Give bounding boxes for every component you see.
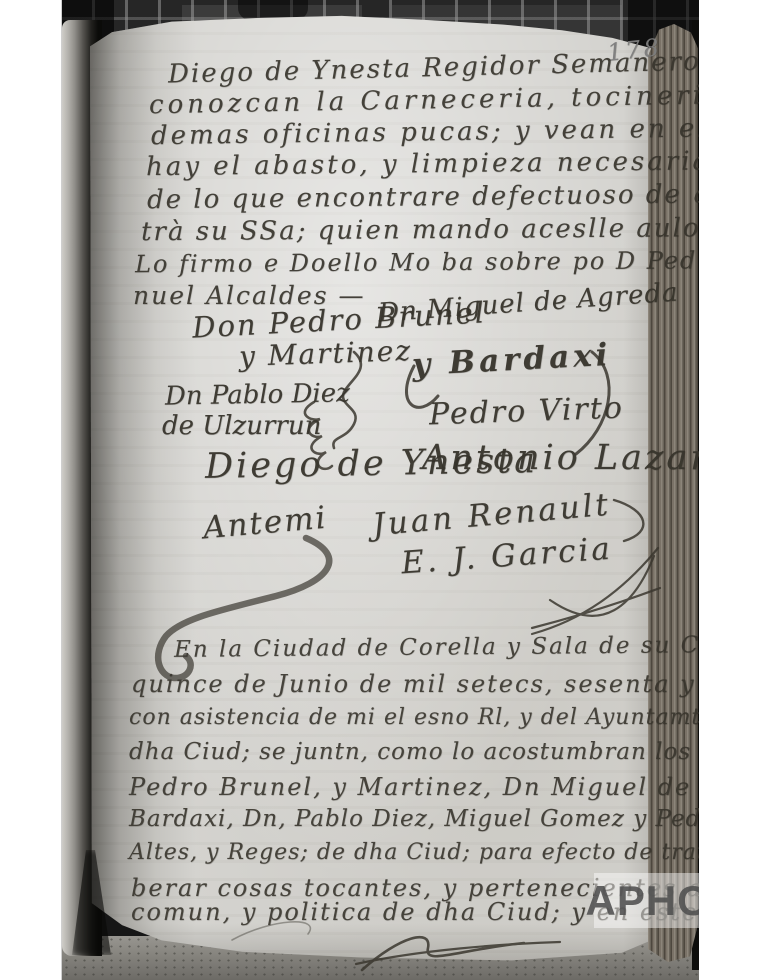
rubric-bardaxi	[406, 366, 438, 407]
rubric-garcia	[532, 588, 660, 628]
archival-photo: 178 Diego de Ynesta Regidor Semanero se …	[0, 0, 757, 980]
rubric-martinez	[333, 352, 361, 448]
antemi-sweep	[158, 538, 329, 678]
rubric-renault	[614, 500, 643, 541]
closing-rubric	[232, 922, 310, 940]
rubric-garcia	[532, 548, 658, 634]
aphc-watermark-text: APHC	[586, 880, 700, 922]
rubric-pablo-diez	[305, 402, 332, 469]
ink-flourishes	[62, 0, 699, 980]
rubric-bardaxi	[576, 352, 609, 454]
photo-area: 178 Diego de Ynesta Regidor Semanero se …	[61, 0, 699, 980]
aphc-watermark: APHC	[594, 873, 699, 928]
closing-rubric	[362, 937, 524, 970]
